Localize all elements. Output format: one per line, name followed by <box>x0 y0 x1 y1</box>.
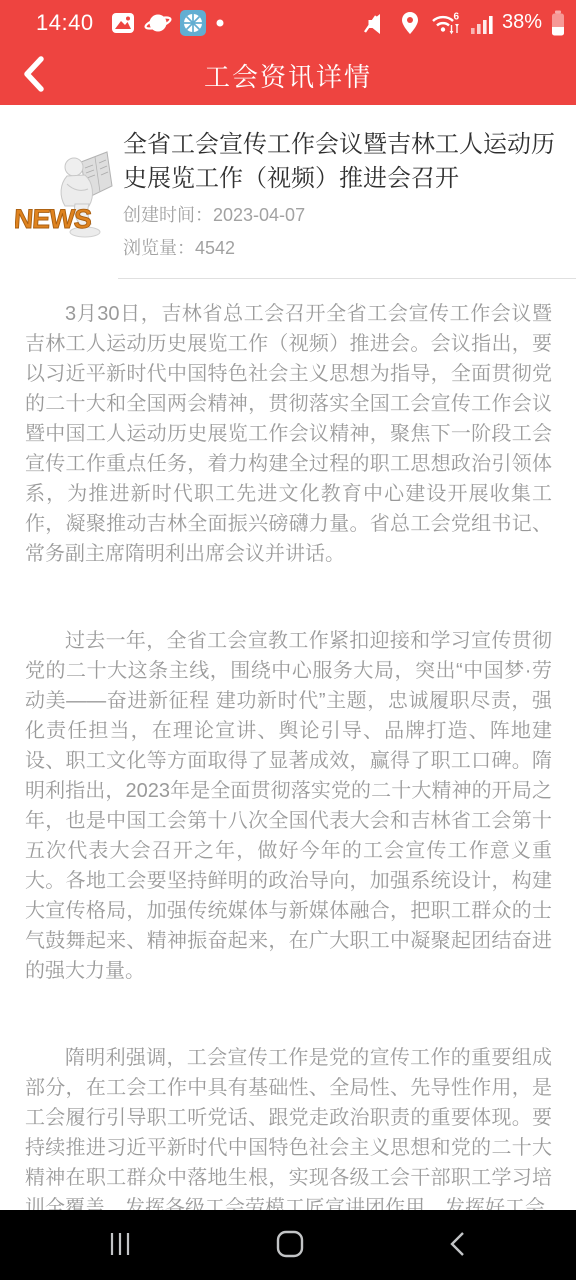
browser-icon <box>144 10 172 36</box>
home-icon <box>275 1229 305 1262</box>
article-body: 3月30日，吉林省总工会召开全省工会宣传工作会议暨吉林工人运动历史展览工作（视频… <box>0 279 576 1223</box>
notification-dot <box>214 10 226 36</box>
article-header: NEWS 全省工会宣传工作会议暨吉林工人运动历史展览工作（视频）推进会召开 创建… <box>0 105 576 265</box>
nav-back-icon <box>446 1230 470 1261</box>
pinwheel-app-icon <box>180 10 206 36</box>
views-label: 浏览量： <box>123 238 195 258</box>
battery-percent: 38% <box>502 11 542 34</box>
news-icon: NEWS <box>15 146 115 240</box>
svg-text:NEWS: NEWS <box>15 204 92 234</box>
created-time-label: 创建时间： <box>123 205 213 225</box>
status-bar: 14:40 <box>0 0 576 45</box>
back-button[interactable] <box>10 45 58 105</box>
article-paragraph: 3月30日，吉林省总工会召开全省工会宣传工作会议暨吉林工人运动历史展览工作（视频… <box>25 299 552 569</box>
battery-icon <box>550 9 566 37</box>
article-paragraph: 过去一年，全省工会宣教工作紧扣迎接和学习宣传贯彻党的二十大这条主线，围绕中心服务… <box>25 626 552 986</box>
wifi6-icon: 6 <box>430 10 462 36</box>
nav-back-button[interactable] <box>440 1224 476 1267</box>
recents-icon <box>106 1230 134 1261</box>
article-title: 全省工会宣传工作会议暨吉林工人运动历史展览工作（视频）推进会召开 <box>123 128 560 196</box>
views-value: 4542 <box>195 238 235 258</box>
chevron-left-icon <box>21 55 47 96</box>
article-header-text: 全省工会宣传工作会议暨吉林工人运动历史展览工作（视频）推进会召开 创建时间：20… <box>123 128 560 265</box>
recents-button[interactable] <box>100 1224 140 1267</box>
svg-text:6: 6 <box>453 11 459 22</box>
location-icon <box>398 10 422 36</box>
clock: 14:40 <box>36 10 94 36</box>
gallery-icon <box>110 10 136 36</box>
created-time-value: 2023-04-07 <box>213 205 305 225</box>
app-bar: 工会资讯详情 <box>0 45 576 105</box>
android-nav-bar <box>0 1210 576 1280</box>
article-paragraph: 隋明利强调，工会宣传工作是党的宣传工作的重要组成部分，在工会工作中具有基础性、全… <box>25 1043 552 1223</box>
phone-screen: 14:40 <box>0 0 576 1280</box>
page-title: 工会资讯详情 <box>204 57 372 94</box>
signal-icon <box>470 10 494 36</box>
views-row: 浏览量：4542 <box>123 232 560 265</box>
created-time-row: 创建时间：2023-04-07 <box>123 199 560 232</box>
home-button[interactable] <box>269 1223 311 1268</box>
mute-icon <box>364 10 390 36</box>
